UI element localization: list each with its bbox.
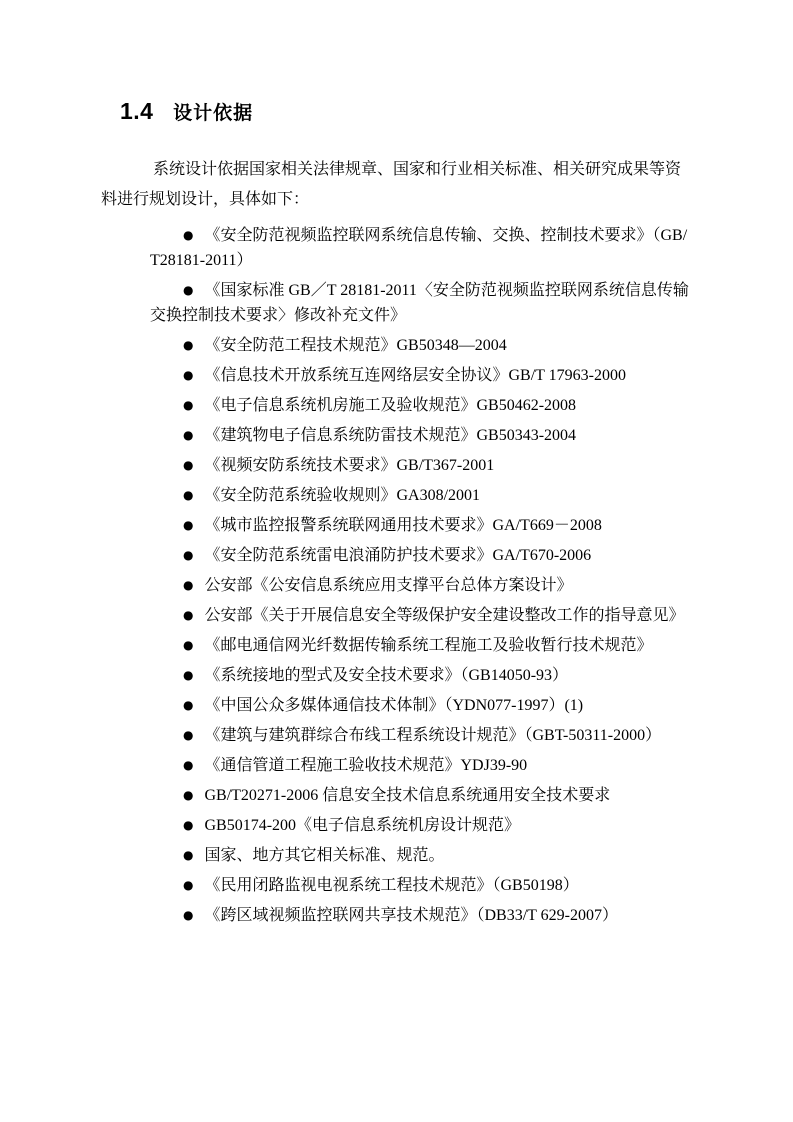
bullet-icon: ●: [183, 723, 193, 748]
bullet-icon: ●: [183, 783, 193, 808]
section-title: 设计依据: [173, 103, 253, 124]
list-item: ●公安部《公安信息系统应用支撑平台总体方案设计》: [150, 573, 693, 598]
list-item-text: 《建筑与建筑群综合布线工程系统设计规范》（GBT-50311-2000）: [204, 727, 661, 744]
bullet-icon: ●: [183, 873, 193, 898]
list-item-text: 《电子信息系统机房施工及验收规范》GB50462-2008: [204, 397, 576, 414]
section-number: 1.4: [120, 98, 153, 124]
list-item-text: 《信息技术开放系统互连网络层安全协议》GB/T 17963-2000: [204, 367, 626, 384]
list-item-text: 《系统接地的型式及安全技术要求》（GB14050-93）: [204, 667, 568, 684]
bullet-icon: ●: [183, 363, 193, 388]
list-item: ●《跨区域视频监控联网共享技术规范》（DB33/T 629-2007）: [150, 903, 693, 928]
section-heading: 1.4 设计依据: [120, 96, 693, 129]
list-item: ●《建筑与建筑群综合布线工程系统设计规范》（GBT-50311-2000）: [150, 723, 693, 748]
bullet-icon: ●: [183, 693, 193, 718]
bullet-icon: ●: [183, 453, 193, 478]
bullet-icon: ●: [183, 573, 193, 598]
list-item-text: 《安全防范系统验收规则》GA308/2001: [204, 487, 480, 504]
list-item-text: 国家、地方其它相关标准、规范。: [204, 847, 444, 864]
list-item: ●《安全防范系统雷电浪涌防护技术要求》GA/T670-2006: [150, 543, 693, 568]
list-item: ●《安全防范视频监控联网系统信息传输、交换、控制技术要求》（GB/T28181-…: [150, 223, 693, 273]
list-item: ●《信息技术开放系统互连网络层安全协议》GB/T 17963-2000: [150, 363, 693, 388]
bullet-icon: ●: [183, 903, 193, 928]
list-item-text: 《安全防范工程技术规范》GB50348—2004: [204, 337, 506, 354]
document-page: 1.4 设计依据 系统设计依据国家相关法律规章、国家和行业相关标准、相关研究成果…: [0, 0, 793, 1122]
list-item-text: 《跨区域视频监控联网共享技术规范》（DB33/T 629-2007）: [204, 907, 618, 924]
list-item-text: GB50174-200《电子信息系统机房设计规范》: [204, 817, 520, 834]
bullet-icon: ●: [183, 543, 193, 568]
list-item: ●《邮电通信网光纤数据传输系统工程施工及验收暂行技术规范》: [150, 633, 693, 658]
list-item: ●GB50174-200《电子信息系统机房设计规范》: [150, 813, 693, 838]
bullet-icon: ●: [183, 333, 193, 358]
bullet-icon: ●: [183, 813, 193, 838]
bullet-icon: ●: [183, 223, 193, 248]
list-item: ●公安部《关于开展信息安全等级保护安全建设整改工作的指导意见》: [150, 603, 693, 628]
list-item-text: 公安部《公安信息系统应用支撑平台总体方案设计》: [204, 577, 572, 594]
list-item: ●《系统接地的型式及安全技术要求》（GB14050-93）: [150, 663, 693, 688]
list-item: ●《建筑物电子信息系统防雷技术规范》GB50343-2004: [150, 423, 693, 448]
list-item-text: 《建筑物电子信息系统防雷技术规范》GB50343-2004: [204, 427, 576, 444]
list-item-text: 公安部《关于开展信息安全等级保护安全建设整改工作的指导意见》: [204, 607, 684, 624]
bullet-icon: ●: [183, 513, 193, 538]
list-item-text: 《城市监控报警系统联网通用技术要求》GA/T669－2008: [204, 517, 601, 534]
list-item-text: 《邮电通信网光纤数据传输系统工程施工及验收暂行技术规范》: [204, 637, 652, 654]
list-item: ●《安全防范系统验收规则》GA308/2001: [150, 483, 693, 508]
list-item: ●《中国公众多媒体通信技术体制》（YDN077-1997）(1): [150, 693, 693, 718]
bullet-icon: ●: [183, 633, 193, 658]
list-item-text: 《民用闭路监视电视系统工程技术规范》（GB50198）: [204, 877, 578, 894]
bullet-icon: ●: [183, 483, 193, 508]
document-body: 1.4 设计依据 系统设计依据国家相关法律规章、国家和行业相关标准、相关研究成果…: [101, 96, 693, 933]
intro-paragraph: 系统设计依据国家相关法律规章、国家和行业相关标准、相关研究成果等资料进行规划设计…: [101, 155, 693, 215]
list-item: ●《视频安防系统技术要求》GB/T367-2001: [150, 453, 693, 478]
list-item-text: GB/T20271-2006 信息安全技术信息系统通用安全技术要求: [204, 787, 610, 804]
bullet-icon: ●: [183, 663, 193, 688]
list-item: ●《通信管道工程施工验收技术规范》YDJ39-90: [150, 753, 693, 778]
standards-list: ●《安全防范视频监控联网系统信息传输、交换、控制技术要求》（GB/T28181-…: [150, 223, 693, 928]
list-item-text: 《国家标准 GB／T 28181-2011〈安全防范视频监控联网系统信息传输交换…: [150, 282, 689, 324]
list-item: ●《国家标准 GB／T 28181-2011〈安全防范视频监控联网系统信息传输交…: [150, 278, 693, 328]
list-item: ●国家、地方其它相关标准、规范。: [150, 843, 693, 868]
bullet-icon: ●: [183, 843, 193, 868]
list-item: ●《民用闭路监视电视系统工程技术规范》（GB50198）: [150, 873, 693, 898]
bullet-icon: ●: [183, 603, 193, 628]
list-item: ●《安全防范工程技术规范》GB50348—2004: [150, 333, 693, 358]
bullet-icon: ●: [183, 423, 193, 448]
list-item-text: 《中国公众多媒体通信技术体制》（YDN077-1997）(1): [204, 697, 583, 714]
bullet-icon: ●: [183, 393, 193, 418]
list-item: ●《城市监控报警系统联网通用技术要求》GA/T669－2008: [150, 513, 693, 538]
list-item-text: 《视频安防系统技术要求》GB/T367-2001: [204, 457, 494, 474]
list-item-text: 《安全防范系统雷电浪涌防护技术要求》GA/T670-2006: [204, 547, 591, 564]
bullet-icon: ●: [183, 753, 193, 778]
bullet-icon: ●: [183, 278, 193, 303]
list-item: ●《电子信息系统机房施工及验收规范》GB50462-2008: [150, 393, 693, 418]
list-item-text: 《通信管道工程施工验收技术规范》YDJ39-90: [204, 757, 527, 774]
list-item: ●GB/T20271-2006 信息安全技术信息系统通用安全技术要求: [150, 783, 693, 808]
list-item-text: 《安全防范视频监控联网系统信息传输、交换、控制技术要求》（GB/T28181-2…: [150, 227, 687, 269]
